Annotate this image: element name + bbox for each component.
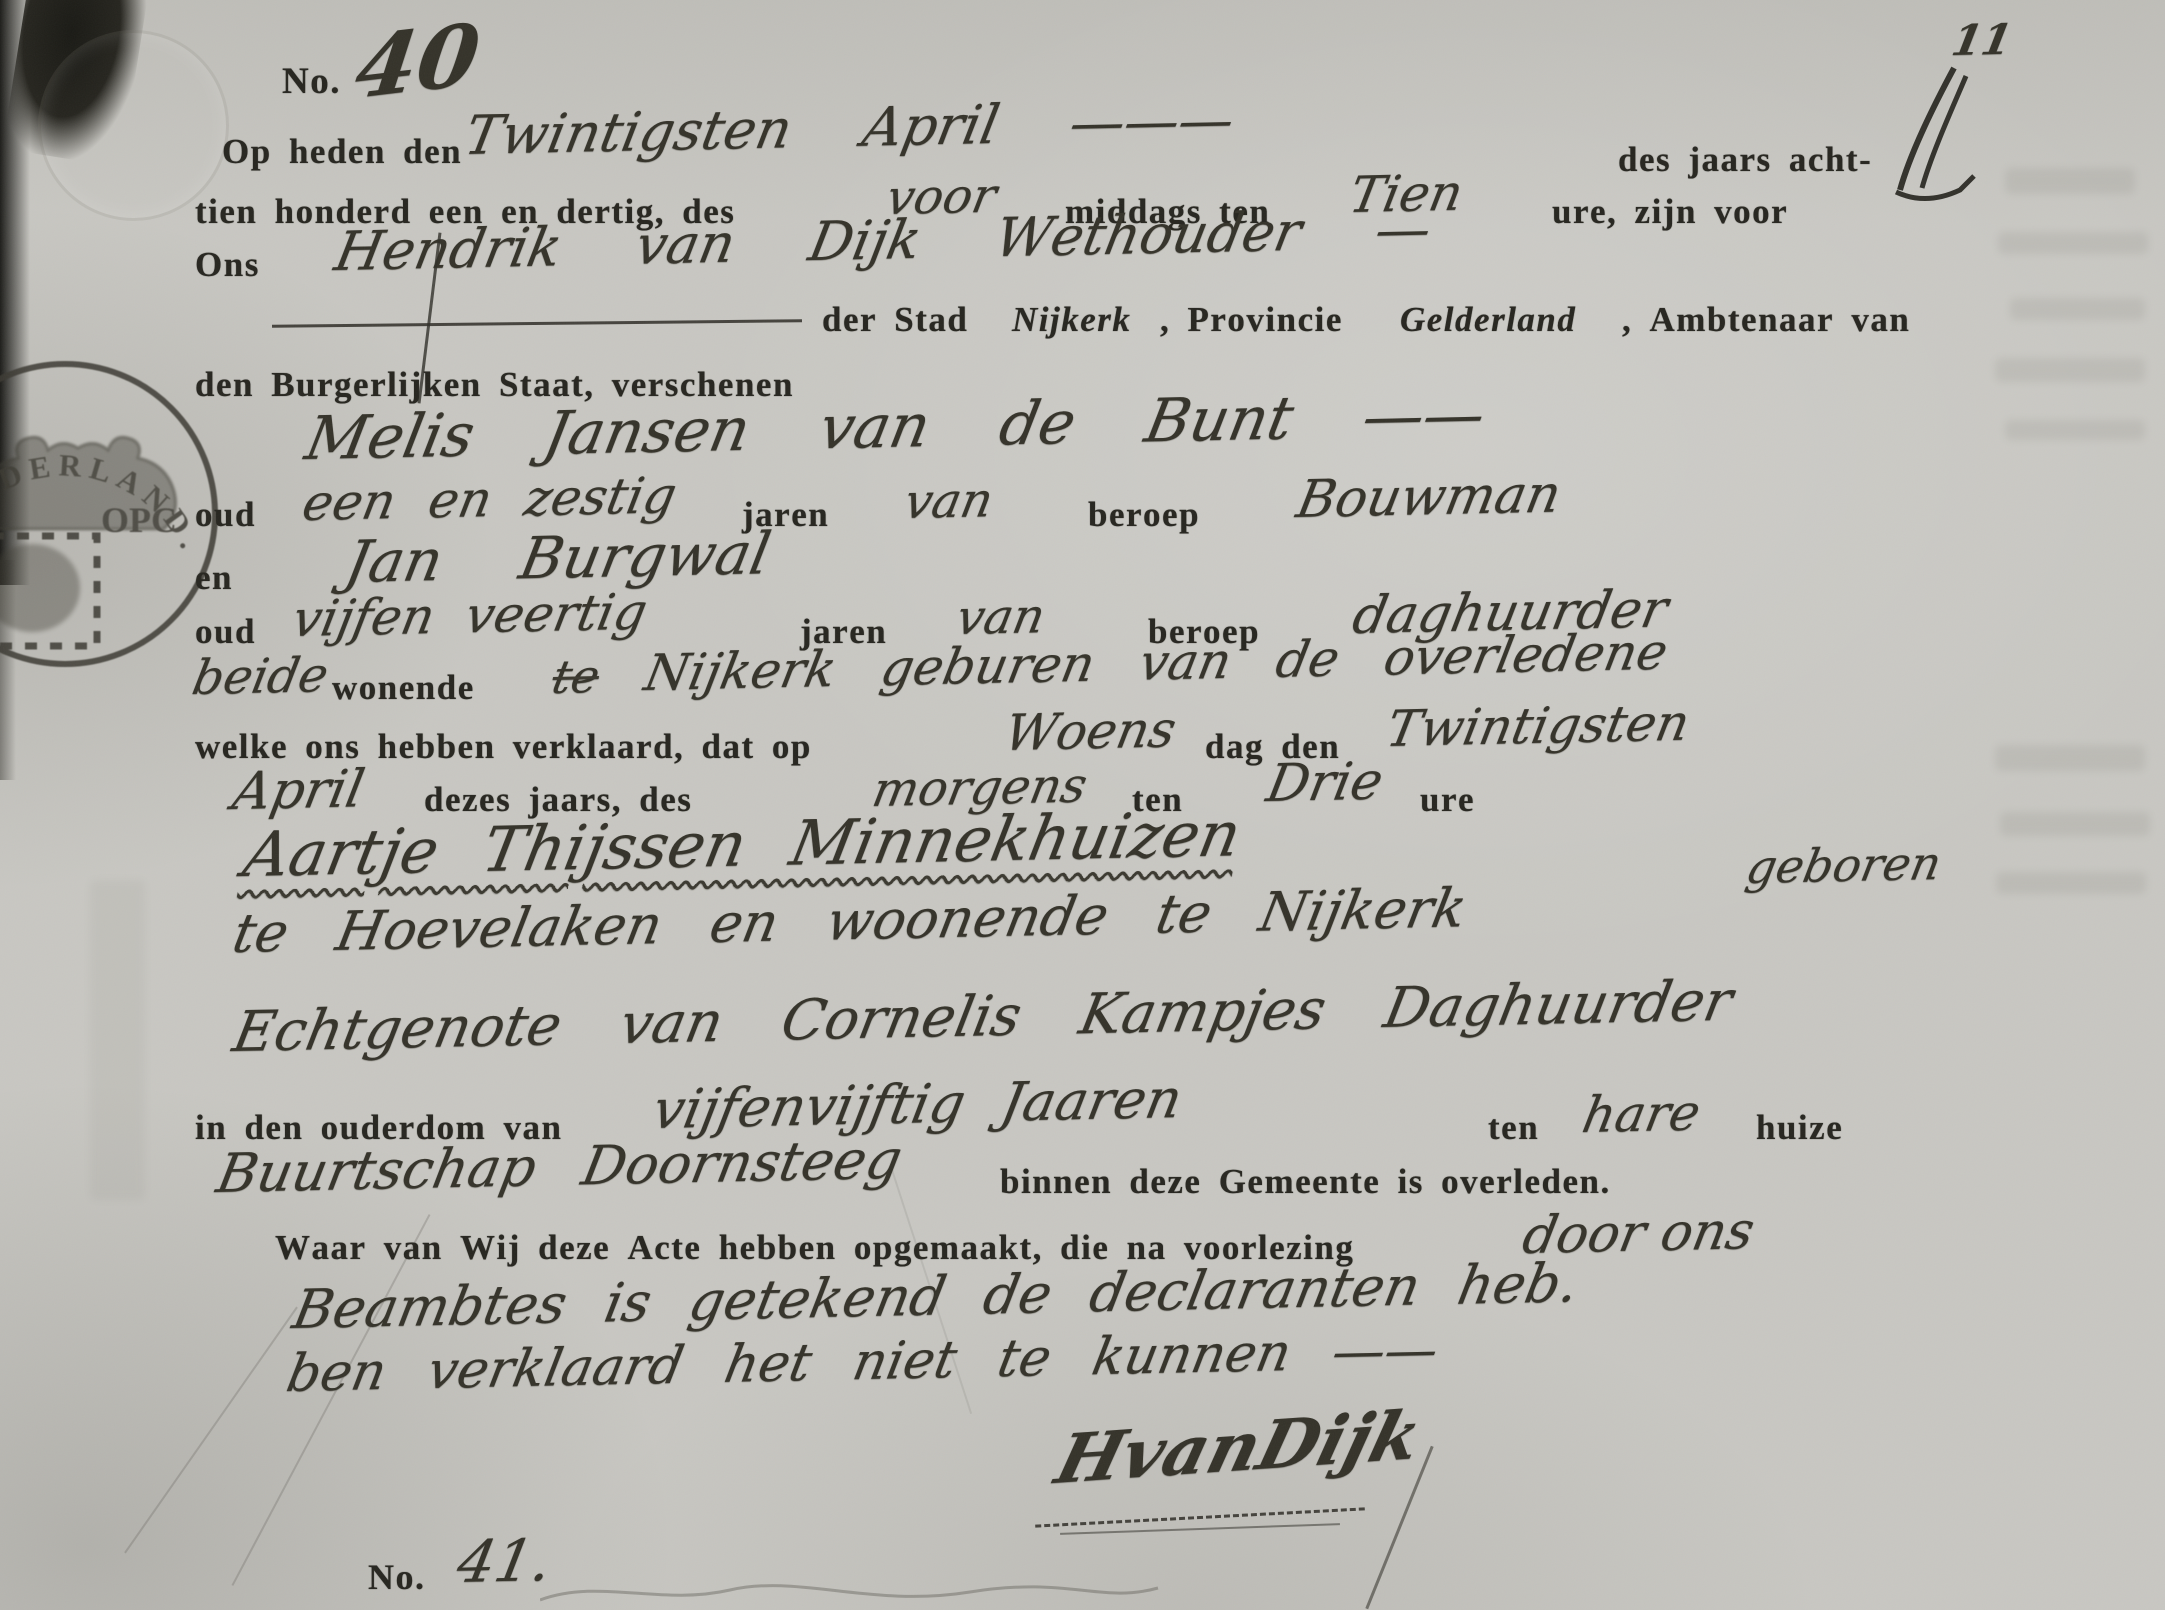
printed-provincie: , Provincie (1160, 300, 1343, 340)
ink-bleed-mark (90, 880, 145, 1200)
ink-bleed-mark (2005, 168, 2135, 194)
hw-weekday: Woens (1000, 700, 1181, 762)
printed-gemeente-overleden: binnen deze Gemeente is overleden. (1000, 1162, 1611, 1202)
hw-death-day: Twintigsten (1382, 694, 1694, 758)
hw-blank-strike (272, 319, 802, 328)
ink-bleed-mark (2000, 812, 2150, 836)
printed-beroep-1: beroep (1088, 495, 1200, 535)
hw-deceased-name: Aartje Thijssen Minnekhuizen (238, 797, 1247, 891)
hw-place-of-death: Buurtschap Doornsteeg (212, 1128, 907, 1205)
signature-h-van-dijk: HvanDijk (1048, 1396, 1429, 1500)
printed-oud-1: oud (195, 495, 256, 535)
printed-ambtenaar-van: , Ambtenaar van (1622, 300, 1910, 340)
signature-flourish-line-2 (1060, 1523, 1340, 1535)
printed-ure-zijn-voor: ure, zijn voor (1552, 192, 1788, 232)
scratch-line (124, 1307, 298, 1554)
hw-spouse-line: Echtgenote van Cornelis Kampjes Daghuurd… (228, 969, 1738, 1065)
next-act-number-label: No. (368, 1556, 426, 1598)
hw-geboren: geboren (1742, 836, 1946, 894)
hw-age-at-death: vijfenvijftig Jaaren (648, 1067, 1187, 1141)
hw-beide: beide (188, 647, 333, 706)
printed-en: en (195, 558, 233, 598)
ink-bleed-mark (1995, 745, 2145, 771)
paraph-mark (1862, 52, 2012, 202)
hw-date: Twintigsten April ——— (460, 88, 1240, 167)
act-number-value: 40 (350, 4, 485, 119)
ink-bleed-mark (1998, 232, 2148, 254)
printed-ten-2: ten (1488, 1108, 1539, 1148)
printed-wonende: wonende (332, 668, 475, 708)
hw-hare: hare (1578, 1084, 1705, 1144)
hw-van-1: van (900, 472, 998, 530)
hw-declarant1-occupation: Bouwman (1292, 465, 1566, 530)
printed-oud-2: oud (195, 612, 256, 652)
stamp-code-text: OPC (101, 500, 177, 540)
ink-bleed-mark (2005, 420, 2145, 440)
printed-des-jaars-acht: des jaars acht- (1618, 140, 1872, 180)
printed-ure-2: ure (1420, 780, 1475, 820)
hw-residence: Nijkerk geburen van de overledene (640, 623, 1672, 702)
printed-der-stad: der Stad (822, 300, 968, 340)
next-act-faint-writing (540, 1578, 1160, 1610)
stamp-shield-blazon (0, 544, 80, 632)
printed-city-name: Nijkerk (1012, 300, 1131, 340)
death-record-scan: GELDERLAND. OPC 11 No. 40 Op heden den T… (0, 0, 2165, 1610)
hw-death-hour: Drie (1262, 752, 1388, 814)
printed-province-name: Gelderland (1400, 300, 1576, 340)
hw-month: April (228, 759, 369, 822)
hw-te-struck: te (548, 649, 604, 704)
hw-birthplace-residence: te Hoevelaken en woonende te Nijkerk (228, 876, 1472, 965)
ink-bleed-mark (1995, 358, 2145, 382)
printed-op-heden-den: Op heden den (222, 132, 462, 172)
ink-bleed-mark (2010, 298, 2145, 320)
printed-huize: huize (1756, 1108, 1843, 1148)
ink-bleed-mark (1996, 872, 2146, 894)
hw-declarant2-age: vijfen veertig (288, 583, 652, 648)
printed-ons: Ons (195, 245, 260, 285)
act-number-label: No. (282, 60, 341, 103)
